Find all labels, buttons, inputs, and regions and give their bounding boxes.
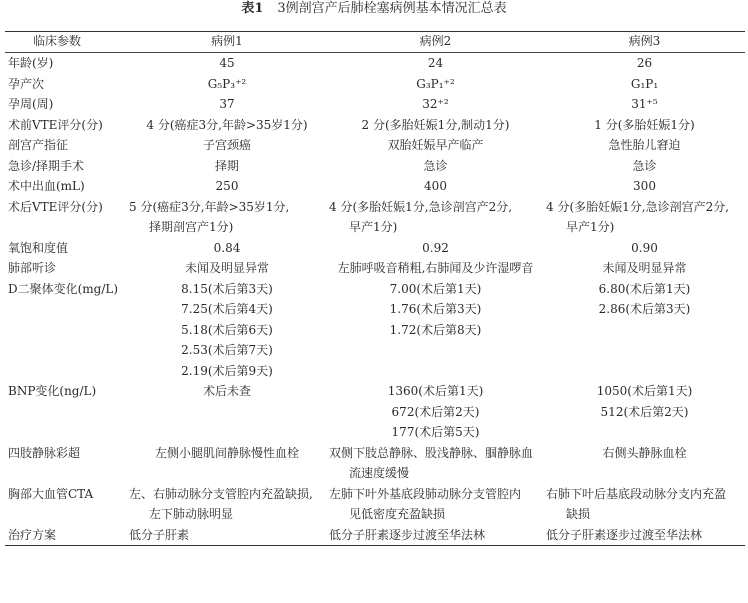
table-row: 肺部听诊未闻及明显异常左肺呼吸音稍粗,右肺闻及少许湿啰音未闻及明显异常 xyxy=(5,258,745,279)
cell-line: 早产1分) xyxy=(327,217,544,238)
cell-line: 右侧头静脉血栓 xyxy=(544,443,745,464)
cell-line: 急诊 xyxy=(544,156,745,177)
case-2-cell: 2 分(多胎妊娠1分,制动1分) xyxy=(327,115,544,136)
case-3-cell: 31⁺⁵ xyxy=(544,94,745,115)
case-3-cell: 急诊 xyxy=(544,156,745,177)
table-row: 四肢静脉彩超左侧小腿肌间静脉慢性血栓双侧下肢总静脉、股浅静脉、腘静脉血流速度缓慢… xyxy=(5,443,745,484)
cell-line: 512(术后第2天) xyxy=(544,402,745,423)
cell-line: 低分子肝素 xyxy=(127,525,327,546)
cell-line: 32⁺² xyxy=(327,94,544,115)
table-title: 3例剖宫产后肺栓塞病例基本情况汇总表 xyxy=(277,1,506,16)
cell-line: 0.84 xyxy=(127,238,327,259)
case-2-cell: 1360(术后第1天)672(术后第2天)177(术后第5天) xyxy=(327,381,544,443)
cell-line: 低分子肝素逐步过渡至华法林 xyxy=(544,525,745,546)
table-row: 急诊/择期手术择期急诊急诊 xyxy=(5,156,745,177)
cell-line: 4 分(癌症3分,年龄>35岁1分) xyxy=(127,115,327,136)
cell-line: 缺损 xyxy=(544,504,745,525)
cell-line: 未闻及明显异常 xyxy=(544,258,745,279)
table-header-row: 临床参数 病例1 病例2 病例3 xyxy=(5,32,745,53)
case-3-cell: 1050(术后第1天)512(术后第2天) xyxy=(544,381,745,443)
cell-line: 672(术后第2天) xyxy=(327,402,544,423)
cell-line: 400 xyxy=(327,176,544,197)
cell-line: 37 xyxy=(127,94,327,115)
param-label: 胸部大血管CTA xyxy=(5,484,127,505)
case-1-cell: 5 分(癌症3分,年龄>35岁1分,择期剖宫产1分) xyxy=(127,197,327,238)
cell-line: 177(术后第5天) xyxy=(327,422,544,443)
header-case-1: 病例1 xyxy=(127,32,327,52)
case-1-cell: 4 分(癌症3分,年龄>35岁1分) xyxy=(127,115,327,136)
cell-line: 250 xyxy=(127,176,327,197)
case-3-cell: 300 xyxy=(544,176,745,197)
table-row: 孕周(周)3732⁺²31⁺⁵ xyxy=(5,94,745,115)
cell-line: 26 xyxy=(544,53,745,74)
table-row: D二聚体变化(mg/L)8.15(术后第3天)7.25(术后第4天)5.18(术… xyxy=(5,279,745,382)
case-2-cell: 低分子肝素逐步过渡至华法林 xyxy=(327,525,544,546)
cell-line: 子宫颈癌 xyxy=(127,135,327,156)
case-1-cell: G₅P₃⁺² xyxy=(127,74,327,95)
table-row: 剖宫产指征子宫颈癌双胎妊娠早产临产急性胎儿窘迫 xyxy=(5,135,745,156)
cell-line: 7.25(术后第4天) xyxy=(127,299,327,320)
case-3-cell: 6.80(术后第1天)2.86(术后第3天) xyxy=(544,279,745,382)
table-caption: 表13例剖宫产后肺栓塞病例基本情况汇总表 xyxy=(0,0,748,22)
case-2-cell: 双侧下肢总静脉、股浅静脉、腘静脉血流速度缓慢 xyxy=(327,443,544,484)
param-label: 治疗方案 xyxy=(5,525,127,546)
table-row: 氧饱和度值0.840.920.90 xyxy=(5,238,745,259)
table-row: 孕产次G₅P₃⁺²G₃P₁⁺²G₁P₁ xyxy=(5,74,745,95)
case-1-cell: 37 xyxy=(127,94,327,115)
case-2-cell: 左肺下叶外基底段肺动脉分支管腔内见低密度充盈缺损 xyxy=(327,484,544,525)
case-3-cell: 急性胎儿窘迫 xyxy=(544,135,745,156)
cell-line: 急性胎儿窘迫 xyxy=(544,135,745,156)
param-label: 氧饱和度值 xyxy=(5,238,127,259)
case-1-cell: 未闻及明显异常 xyxy=(127,258,327,279)
cell-line: 左肺呼吸音稍粗,右肺闻及少许湿啰音 xyxy=(327,258,544,279)
param-label: 孕产次 xyxy=(5,74,127,95)
case-3-cell: 0.90 xyxy=(544,238,745,259)
param-label: 术中出血(mL) xyxy=(5,176,127,197)
case-2-cell: 4 分(多胎妊娠1分,急诊剖宫产2分,早产1分) xyxy=(327,197,544,238)
case-3-cell: G₁P₁ xyxy=(544,74,745,95)
case-2-cell: 24 xyxy=(327,53,544,74)
cell-line: 左侧小腿肌间静脉慢性血栓 xyxy=(127,443,327,464)
case-2-cell: 7.00(术后第1天)1.76(术后第3天)1.72(术后第8天) xyxy=(327,279,544,382)
cell-line: 右肺下叶后基底段动脉分支内充盈 xyxy=(544,484,745,505)
param-label: 术后VTE评分(分) xyxy=(5,197,127,218)
cell-line: 4 分(多胎妊娠1分,急诊剖宫产2分, xyxy=(327,197,544,218)
cell-line: 双胎妊娠早产临产 xyxy=(327,135,544,156)
case-3-cell: 右侧头静脉血栓 xyxy=(544,443,745,484)
cell-line: 4 分(多胎妊娠1分,急诊剖宫产2分, xyxy=(544,197,745,218)
header-case-3: 病例3 xyxy=(544,32,745,52)
case-3-cell: 4 分(多胎妊娠1分,急诊剖宫产2分,早产1分) xyxy=(544,197,745,238)
cell-line: 300 xyxy=(544,176,745,197)
case-3-cell: 右肺下叶后基底段动脉分支内充盈缺损 xyxy=(544,484,745,525)
cell-line: 早产1分) xyxy=(544,217,745,238)
param-label: 四肢静脉彩超 xyxy=(5,443,127,464)
case-2-cell: G₃P₁⁺² xyxy=(327,74,544,95)
case-2-cell: 急诊 xyxy=(327,156,544,177)
cell-line: 45 xyxy=(127,53,327,74)
cell-line: 流速度缓慢 xyxy=(327,463,544,484)
case-2-cell: 双胎妊娠早产临产 xyxy=(327,135,544,156)
cell-line: 2.19(术后第9天) xyxy=(127,361,327,382)
table-body: 年龄(岁)452426孕产次G₅P₃⁺²G₃P₁⁺²G₁P₁孕周(周)3732⁺… xyxy=(5,53,745,545)
cell-line: 0.92 xyxy=(327,238,544,259)
table-row: 年龄(岁)452426 xyxy=(5,53,745,74)
case-1-cell: 术后未查 xyxy=(127,381,327,443)
case-1-cell: 择期 xyxy=(127,156,327,177)
clinical-summary-table: 临床参数 病例1 病例2 病例3 年龄(岁)452426孕产次G₅P₃⁺²G₃P… xyxy=(5,31,745,546)
param-label: 年龄(岁) xyxy=(5,53,127,74)
case-2-cell: 400 xyxy=(327,176,544,197)
cell-line: 见低密度充盈缺损 xyxy=(327,504,544,525)
cell-line: G₅P₃⁺² xyxy=(127,74,327,95)
table-row: 术中出血(mL)250400300 xyxy=(5,176,745,197)
case-1-cell: 左、右肺动脉分支管腔内充盈缺损,左下肺动脉明显 xyxy=(127,484,327,525)
cell-line: 2.53(术后第7天) xyxy=(127,340,327,361)
case-3-cell: 未闻及明显异常 xyxy=(544,258,745,279)
case-1-cell: 250 xyxy=(127,176,327,197)
cell-line: 1360(术后第1天) xyxy=(327,381,544,402)
cell-line: 7.00(术后第1天) xyxy=(327,279,544,300)
case-3-cell: 1 分(多胎妊娠1分) xyxy=(544,115,745,136)
cell-line: 择期剖宫产1分) xyxy=(127,217,327,238)
param-label: BNP变化(ng/L) xyxy=(5,381,127,402)
cell-line: 左、右肺动脉分支管腔内充盈缺损, xyxy=(127,484,327,505)
cell-line: 急诊 xyxy=(327,156,544,177)
case-2-cell: 0.92 xyxy=(327,238,544,259)
cell-line: 1 分(多胎妊娠1分) xyxy=(544,115,745,136)
param-label: D二聚体变化(mg/L) xyxy=(5,279,127,300)
cell-line: 1.72(术后第8天) xyxy=(327,320,544,341)
header-case-2: 病例2 xyxy=(327,32,544,52)
case-3-cell: 26 xyxy=(544,53,745,74)
cell-line: G₃P₁⁺² xyxy=(327,74,544,95)
cell-line: 双侧下肢总静脉、股浅静脉、腘静脉血 xyxy=(327,443,544,464)
cell-line: 2.86(术后第3天) xyxy=(544,299,745,320)
table-row: 治疗方案低分子肝素低分子肝素逐步过渡至华法林低分子肝素逐步过渡至华法林 xyxy=(5,525,745,546)
header-param: 临床参数 xyxy=(5,32,127,52)
cell-line: 左肺下叶外基底段肺动脉分支管腔内 xyxy=(327,484,544,505)
cell-line: 低分子肝素逐步过渡至华法林 xyxy=(327,525,544,546)
cell-line: 2 分(多胎妊娠1分,制动1分) xyxy=(327,115,544,136)
case-1-cell: 左侧小腿肌间静脉慢性血栓 xyxy=(127,443,327,484)
case-2-cell: 左肺呼吸音稍粗,右肺闻及少许湿啰音 xyxy=(327,258,544,279)
case-1-cell: 8.15(术后第3天)7.25(术后第4天)5.18(术后第6天)2.53(术后… xyxy=(127,279,327,382)
table-row: BNP变化(ng/L)术后未查1360(术后第1天)672(术后第2天)177(… xyxy=(5,381,745,443)
case-1-cell: 0.84 xyxy=(127,238,327,259)
table-row: 术后VTE评分(分)5 分(癌症3分,年龄>35岁1分,择期剖宫产1分)4 分(… xyxy=(5,197,745,238)
cell-line: 择期 xyxy=(127,156,327,177)
cell-line: 左下肺动脉明显 xyxy=(127,504,327,525)
cell-line: 1050(术后第1天) xyxy=(544,381,745,402)
cell-line: 24 xyxy=(327,53,544,74)
case-1-cell: 子宫颈癌 xyxy=(127,135,327,156)
cell-line: 0.90 xyxy=(544,238,745,259)
cell-line: 8.15(术后第3天) xyxy=(127,279,327,300)
cell-line: 未闻及明显异常 xyxy=(127,258,327,279)
case-3-cell: 低分子肝素逐步过渡至华法林 xyxy=(544,525,745,546)
case-1-cell: 45 xyxy=(127,53,327,74)
param-label: 剖宫产指征 xyxy=(5,135,127,156)
cell-line: 1.76(术后第3天) xyxy=(327,299,544,320)
cell-line: 5.18(术后第6天) xyxy=(127,320,327,341)
case-2-cell: 32⁺² xyxy=(327,94,544,115)
param-label: 急诊/择期手术 xyxy=(5,156,127,177)
param-label: 孕周(周) xyxy=(5,94,127,115)
cell-line: 31⁺⁵ xyxy=(544,94,745,115)
table-row: 术前VTE评分(分)4 分(癌症3分,年龄>35岁1分)2 分(多胎妊娠1分,制… xyxy=(5,115,745,136)
param-label: 术前VTE评分(分) xyxy=(5,115,127,136)
cell-line: G₁P₁ xyxy=(544,74,745,95)
param-label: 肺部听诊 xyxy=(5,258,127,279)
table-label: 表1 xyxy=(241,1,263,16)
cell-line: 6.80(术后第1天) xyxy=(544,279,745,300)
table-row: 胸部大血管CTA左、右肺动脉分支管腔内充盈缺损,左下肺动脉明显左肺下叶外基底段肺… xyxy=(5,484,745,525)
cell-line: 术后未查 xyxy=(127,381,327,402)
case-1-cell: 低分子肝素 xyxy=(127,525,327,546)
cell-line: 5 分(癌症3分,年龄>35岁1分, xyxy=(127,197,327,218)
